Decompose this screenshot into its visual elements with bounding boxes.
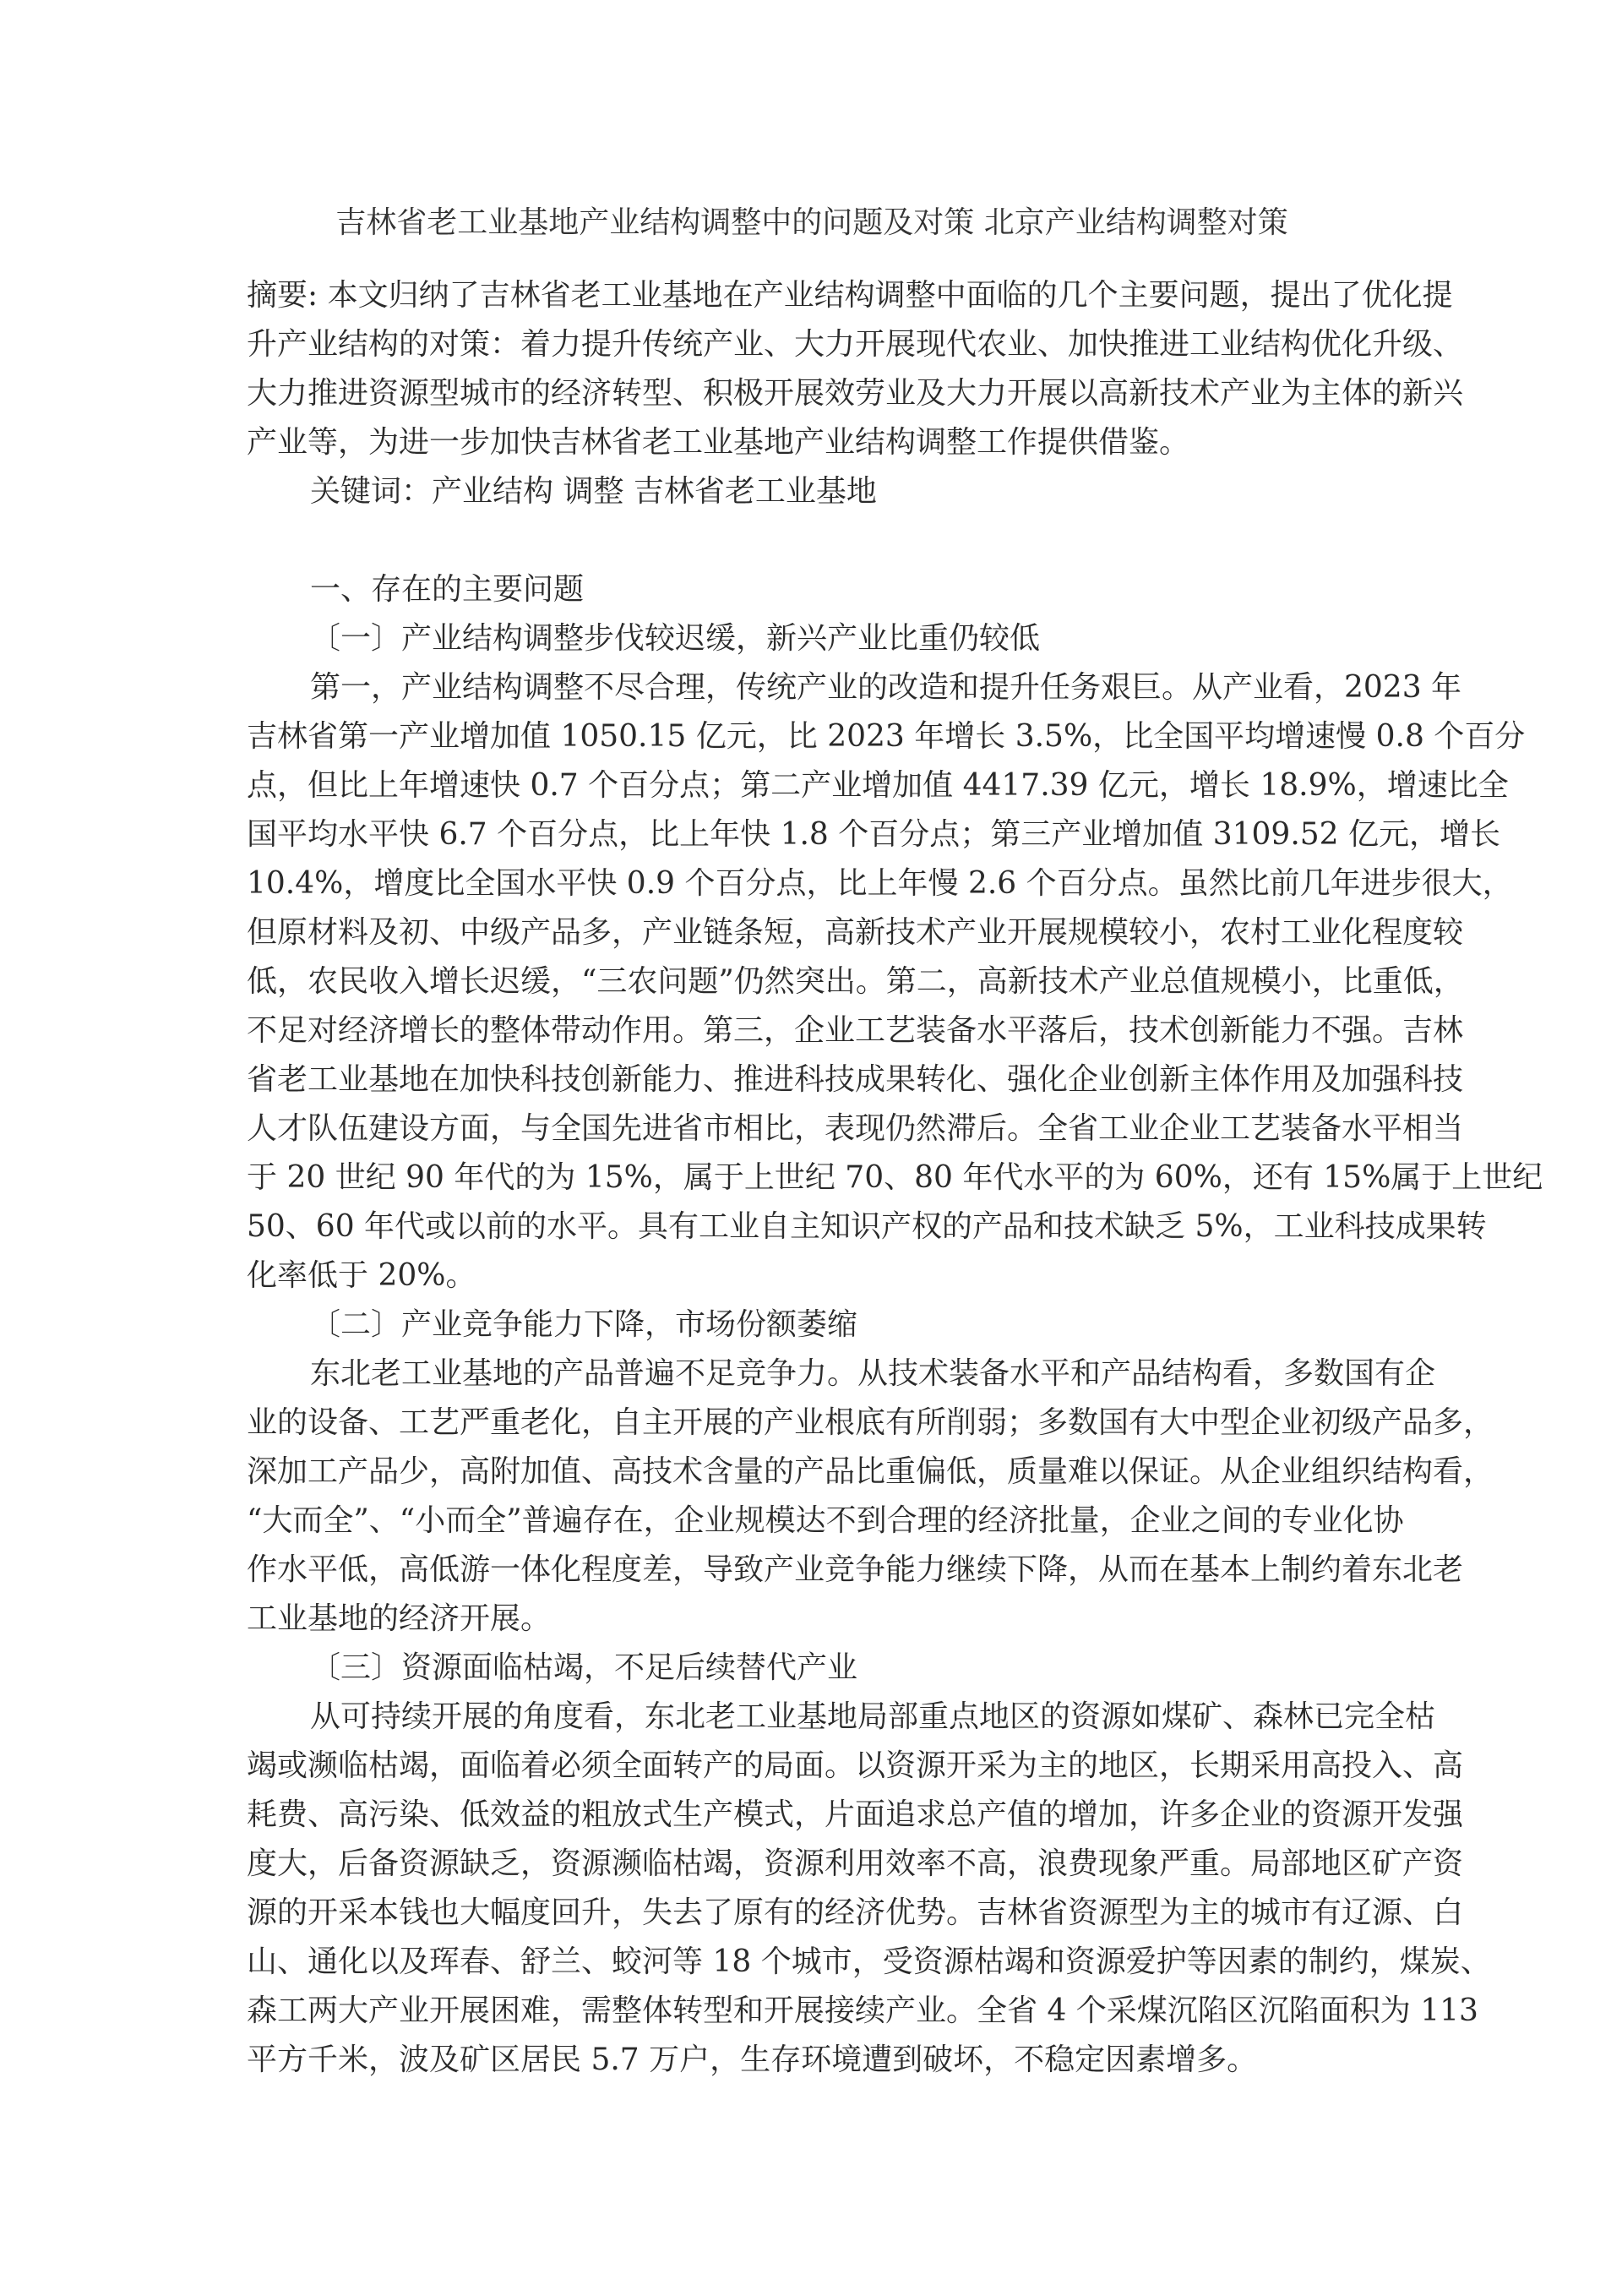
paragraph-line: 人才队伍建设方面，与全国先进省市相比，表现仍然滞后。全省工业企业工艺装备水平相当 bbox=[247, 1104, 1377, 1153]
paragraph-line: 点，但比上年增速快 0.7 个百分点；第二产业增加值 4417.39 亿元，增长… bbox=[247, 761, 1377, 810]
paragraph-line: 耗费、高污染、低效益的粗放式生产模式，片面追求总产值的增加，许多企业的资源开发强 bbox=[247, 1791, 1377, 1840]
paragraph-line: 源的开采本钱也大幅度回升，失去了原有的经济优势。吉林省资源型为主的城市有辽源、白 bbox=[247, 1889, 1377, 1938]
paragraph-line: 工业基地的经济开展。 bbox=[247, 1595, 1377, 1644]
paragraph-line: 吉林省第一产业增加值 1050.15 亿元，比 2023 年增长 3.5%，比全… bbox=[247, 712, 1377, 761]
section-heading: 一、存在的主要问题 bbox=[247, 565, 1377, 614]
paragraph-line: 省老工业基地在加快科技创新能力、推进科技成果转化、强化企业创新主体作用及加强科技 bbox=[247, 1055, 1377, 1104]
paragraph-line: 但原材料及初、中级产品多，产业链条短，高新技术产业开展规模较小，农村工业化程度较 bbox=[247, 908, 1377, 957]
paragraph-line: 第一，产业结构调整不尽合理，传统产业的改造和提升任务艰巨。从产业看，2023 年 bbox=[247, 663, 1377, 712]
paragraph-line: 不足对经济增长的整体带动作用。第三，企业工艺装备水平落后，技术创新能力不强。吉林 bbox=[247, 1006, 1377, 1055]
paragraph-line: 10.4%，增度比全国水平快 0.9 个百分点，比上年慢 2.6 个百分点。虽然… bbox=[247, 859, 1377, 908]
paragraph-line: 森工两大产业开展困难，需整体转型和开展接续产业。全省 4 个采煤沉陷区沉陷面积为… bbox=[247, 1987, 1377, 2036]
paragraph-line: 作水平低，高低游一体化程度差，导致产业竞争能力继续下降，从而在基本上制约着东北老 bbox=[247, 1546, 1377, 1595]
paragraph-line: 度大，后备资源缺乏，资源濒临枯竭，资源利用效率不高，浪费现象严重。局部地区矿产资 bbox=[247, 1840, 1377, 1889]
blank-line bbox=[247, 516, 1377, 565]
paragraph-line: 化率低于 20%。 bbox=[247, 1252, 1377, 1301]
paragraph: 东北老工业基地的产品普遍不足竞争力。从技术装备水平和产品结构看，多数国有企 业的… bbox=[247, 1350, 1377, 1644]
paragraph-line: 50、60 年代或以前的水平。具有工业自主知识产权的产品和技术缺乏 5%，工业科… bbox=[247, 1203, 1377, 1252]
paragraph-line: 于 20 世纪 90 年代的为 15%，属于上世纪 70、80 年代水平的为 6… bbox=[247, 1153, 1377, 1203]
document-body: 摘要: 本文归纳了吉林省老工业基地在产业结构调整中面临的几个主要问题，提出了优化… bbox=[247, 271, 1377, 2085]
paragraph-line: 低，农民收入增长迟缓，“三农问题”仍然突出。第二，高新技术产业总值规模小，比重低… bbox=[247, 957, 1377, 1006]
paragraph: 第一，产业结构调整不尽合理，传统产业的改造和提升任务艰巨。从产业看，2023 年… bbox=[247, 663, 1377, 1301]
document-page: 吉林省老工业基地产业结构调整中的问题及对策 北京产业结构调整对策 摘要: 本文归… bbox=[0, 0, 1622, 2296]
abstract-line: 大力推进资源型城市的经济转型、积极开展效劳业及大力开展以高新技术产业为主体的新兴 bbox=[247, 369, 1377, 418]
abstract: 摘要: 本文归纳了吉林省老工业基地在产业结构调整中面临的几个主要问题，提出了优化… bbox=[247, 271, 1377, 467]
paragraph-line: 深加工产品少，高附加值、高技术含量的产品比重偏低，质量难以保证。从企业组织结构看… bbox=[247, 1448, 1377, 1497]
paragraph-line: 平方千米，波及矿区居民 5.7 万户，生存环境遭到破坏，不稳定因素增多。 bbox=[247, 2036, 1377, 2085]
paragraph-line: 业的设备、工艺严重老化，自主开展的产业根底有所削弱；多数国有大中型企业初级产品多… bbox=[247, 1399, 1377, 1448]
paragraph-line: 从可持续开展的角度看，东北老工业基地局部重点地区的资源如煤矿、森林已完全枯 bbox=[247, 1693, 1377, 1742]
paragraph-line: 竭或濒临枯竭，面临着必须全面转产的局面。以资源开采为主的地区，长期采用高投入、高 bbox=[247, 1742, 1377, 1791]
abstract-line: 摘要: 本文归纳了吉林省老工业基地在产业结构调整中面临的几个主要问题，提出了优化… bbox=[247, 271, 1377, 320]
abstract-line: 升产业结构的对策：着力提升传统产业、大力开展现代农业、加快推进工业结构优化升级、 bbox=[247, 320, 1377, 369]
keywords: 关键词：产业结构 调整 吉林省老工业基地 bbox=[247, 467, 1377, 516]
paragraph: 从可持续开展的角度看，东北老工业基地局部重点地区的资源如煤矿、森林已完全枯 竭或… bbox=[247, 1693, 1377, 2085]
abstract-line: 产业等，为进一步加快吉林省老工业基地产业结构调整工作提供借鉴。 bbox=[247, 418, 1377, 467]
paragraph-line: “大而全”、“小而全”普遍存在，企业规模达不到合理的经济批量，企业之间的专业化协 bbox=[247, 1497, 1377, 1546]
document-title: 吉林省老工业基地产业结构调整中的问题及对策 北京产业结构调整对策 bbox=[247, 199, 1377, 247]
paragraph-line: 东北老工业基地的产品普遍不足竞争力。从技术装备水平和产品结构看，多数国有企 bbox=[247, 1350, 1377, 1399]
subsection-heading: 〔三〕资源面临枯竭，不足后续替代产业 bbox=[247, 1644, 1377, 1693]
subsection-heading: 〔二〕产业竞争能力下降，市场份额萎缩 bbox=[247, 1301, 1377, 1350]
paragraph-line: 国平均水平快 6.7 个百分点，比上年快 1.8 个百分点；第三产业增加值 31… bbox=[247, 810, 1377, 859]
paragraph-line: 山、通化以及珲春、舒兰、蛟河等 18 个城市，受资源枯竭和资源爱护等因素的制约，… bbox=[247, 1938, 1377, 1987]
subsection-heading: 〔一〕产业结构调整步伐较迟缓，新兴产业比重仍较低 bbox=[247, 614, 1377, 663]
